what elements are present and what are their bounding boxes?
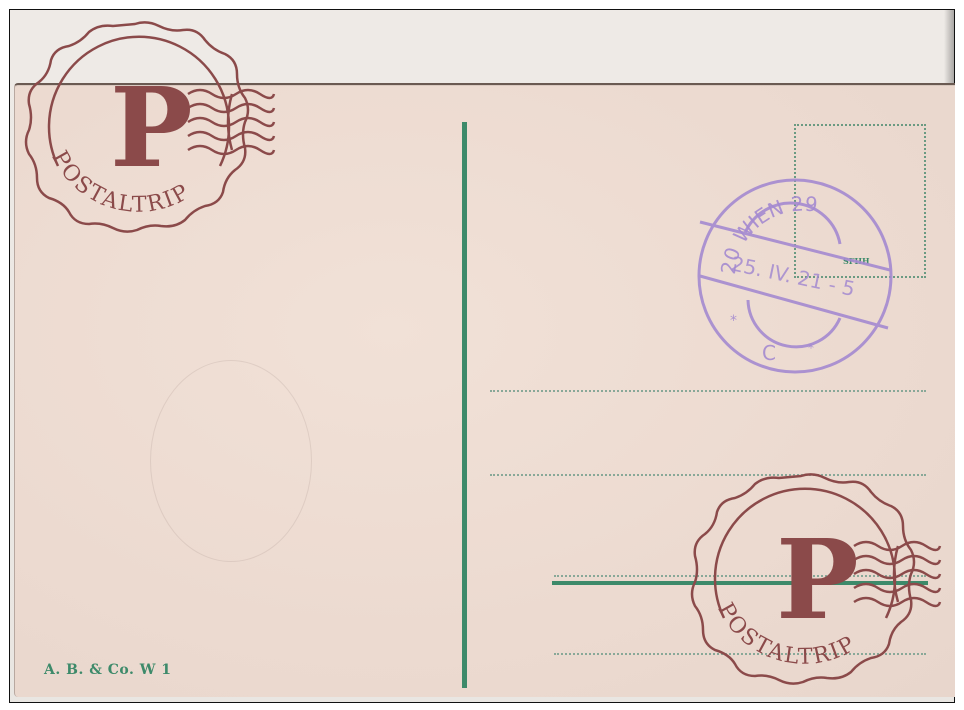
postmark-date: 25. IV. 21 - 5: [729, 251, 857, 301]
watermark-letter: P: [776, 515, 859, 644]
postmark-star-icon-2: *: [808, 341, 814, 355]
address-line-1: [490, 390, 926, 392]
publisher-imprint: A. B. & Co. W 1: [44, 662, 172, 678]
center-divider-line: [462, 122, 467, 688]
postaltrip-watermark-bottom: P POSTALTRIP: [686, 468, 946, 698]
postmark-star-icon: *: [730, 313, 737, 329]
watermark-letter: P: [110, 63, 193, 192]
postaltrip-watermark-top: P POSTALTRIP: [20, 16, 280, 246]
faint-postmark-ghost: [150, 360, 312, 562]
postmark-bottom-letter: C: [762, 341, 776, 365]
postmark-wien: 20 WIEN 29 25. IV. 21 - 5 C * *: [690, 170, 900, 380]
